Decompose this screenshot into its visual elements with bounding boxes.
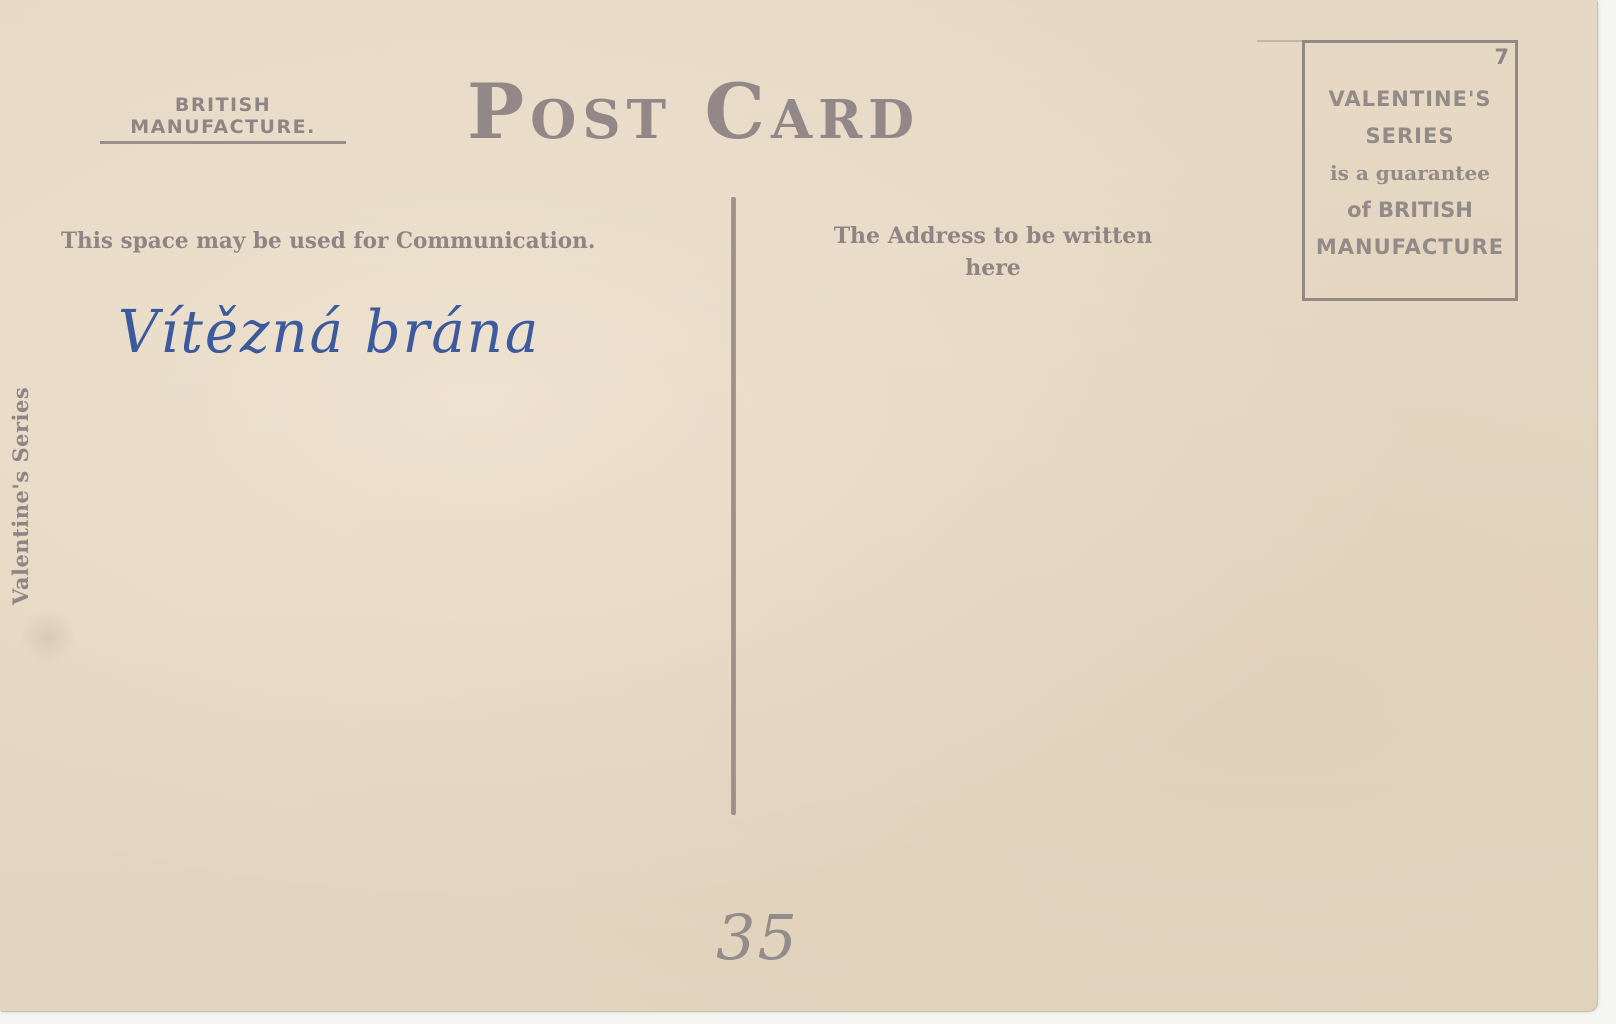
stamp-line: VALENTINE'S xyxy=(1305,81,1515,118)
address-label: The Address to be written here xyxy=(808,220,1178,284)
post-card-title: Post Card xyxy=(467,72,920,152)
center-divider xyxy=(731,197,736,815)
paper-smudge xyxy=(9,599,86,676)
communication-label: This space may be used for Communication… xyxy=(61,228,595,254)
stamp-line: of BRITISH xyxy=(1305,192,1515,229)
maker-mark-line-1: BRITISH xyxy=(100,94,346,116)
stamp-box-number: 7 xyxy=(1494,45,1509,69)
valentines-series-side-label: Valentine's Series xyxy=(8,387,33,605)
postcard: BRITISH MANUFACTURE. Post Card This spac… xyxy=(0,0,1597,1011)
pencil-mark: 35 xyxy=(716,905,799,971)
scan-background: BRITISH MANUFACTURE. Post Card This spac… xyxy=(0,0,1616,1024)
stamp-line: SERIES xyxy=(1305,118,1515,155)
stamp-line: is a guarantee xyxy=(1305,155,1515,192)
stamp-box-leader-line xyxy=(1257,40,1302,42)
british-manufacture-mark: BRITISH MANUFACTURE. xyxy=(100,94,346,144)
stamp-line: MANUFACTURE xyxy=(1305,229,1515,266)
maker-mark-line-2: MANUFACTURE. xyxy=(100,116,346,138)
handwritten-note: Vítězná brána xyxy=(118,296,540,370)
maker-mark-underline xyxy=(100,141,346,144)
stamp-box-text: VALENTINE'S SERIES is a guarantee of BRI… xyxy=(1305,81,1515,266)
stamp-box: 7 VALENTINE'S SERIES is a guarantee of B… xyxy=(1302,40,1518,301)
